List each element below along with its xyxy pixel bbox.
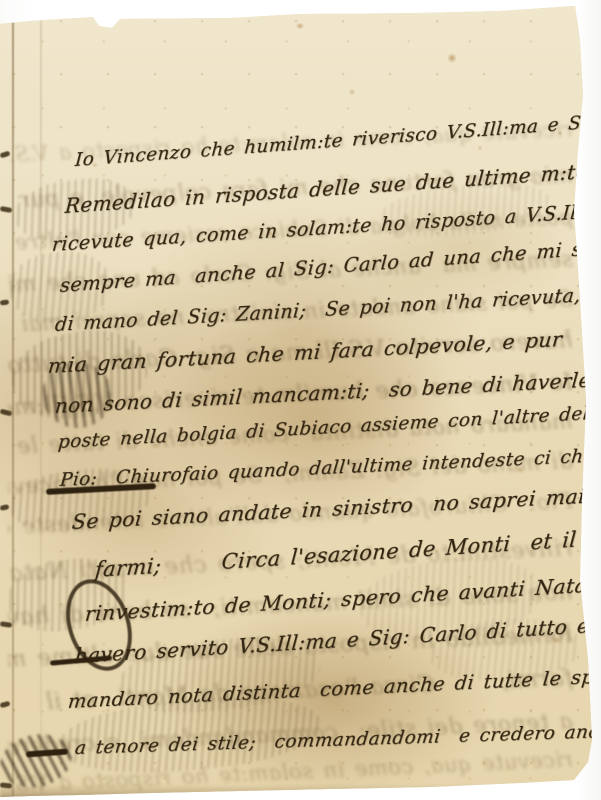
edge-ink-mark [0, 782, 12, 788]
manuscript-photo: ricevute qua, come in solam:te ho rispos… [0, 0, 601, 800]
manuscript-page: ricevute qua, come in solam:te ho rispos… [0, 0, 601, 800]
